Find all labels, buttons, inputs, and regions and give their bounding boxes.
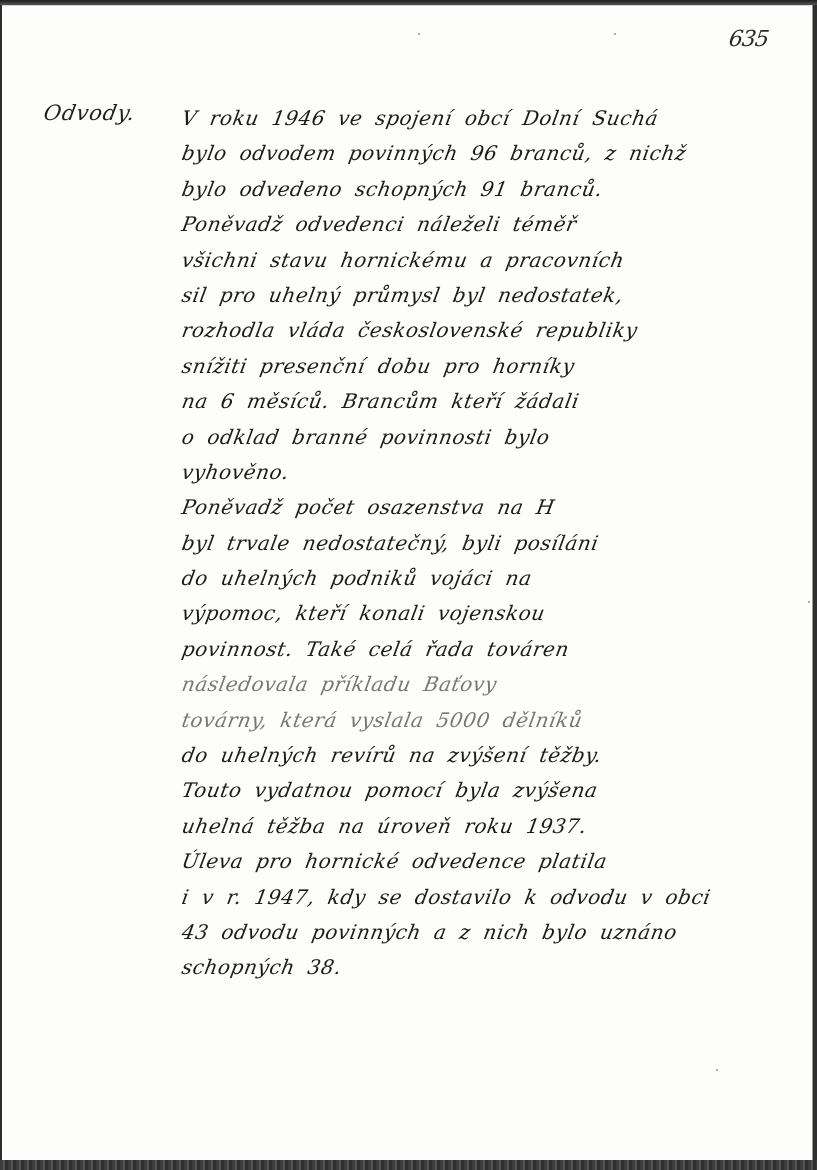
text-line: továrny, která vyslala 5000 dělníků (179, 703, 785, 738)
text-line: bylo odvodem povinných 96 branců, z nich… (179, 136, 785, 171)
text-line: všichni stavu hornickému a pracovních (179, 243, 785, 278)
margin-heading: Odvody. (42, 101, 138, 125)
scan-speck (614, 33, 616, 35)
text-line: schopných 38. (179, 950, 785, 985)
text-line: 43 odvodu povinných a z nich bylo uznáno (179, 915, 785, 950)
text-line: uhelná těžba na úroveň roku 1937. (179, 809, 785, 844)
text-line: sil pro uhelný průmysl byl nedostatek, (179, 278, 785, 313)
text-line: do uhelných revírů na zvýšení těžby. (179, 738, 785, 773)
text-line: do uhelných podniků vojáci na (179, 561, 785, 596)
page-number: 635 (727, 27, 770, 52)
text-line: výpomoc, kteří konali vojenskou (179, 596, 785, 631)
text-line: na 6 měsíců. Brancům kteří žádali (179, 384, 785, 419)
text-line: rozhodla vláda československé republiky (179, 313, 785, 348)
text-line: o odklad branné povinnosti bylo (179, 420, 785, 455)
text-line: následovala příkladu Baťovy (179, 667, 785, 702)
text-line: Poněvadž počet osazenstva na H (179, 490, 785, 525)
scan-speck (808, 601, 810, 603)
scan-speck (716, 1069, 718, 1071)
scan-speck (418, 33, 420, 35)
text-line: i v r. 1947, kdy se dostavilo k odvodu v… (179, 880, 785, 915)
text-line: Poněvadž odvedenci náleželi téměř (179, 207, 785, 242)
text-line: Úleva pro hornické odvedence platila (179, 844, 785, 879)
scan-bottom-edge (0, 1160, 817, 1170)
text-line: povinnost. Také celá řada továren (179, 632, 785, 667)
text-line: V roku 1946 ve spojení obcí Dolní Suchá (179, 101, 785, 136)
text-line: byl trvale nedostatečný, byli posíláni (179, 526, 785, 561)
text-line: bylo odvedeno schopných 91 branců. (179, 172, 785, 207)
handwritten-body: V roku 1946 ve spojení obcí Dolní Suchá … (182, 101, 782, 986)
text-line: vyhověno. (179, 455, 785, 490)
text-line: snížiti presenční dobu pro horníky (179, 349, 785, 384)
document-page: 635 Odvody. V roku 1946 ve spojení obcí … (2, 5, 813, 1160)
text-line: Touto vydatnou pomocí byla zvýšena (179, 773, 785, 808)
